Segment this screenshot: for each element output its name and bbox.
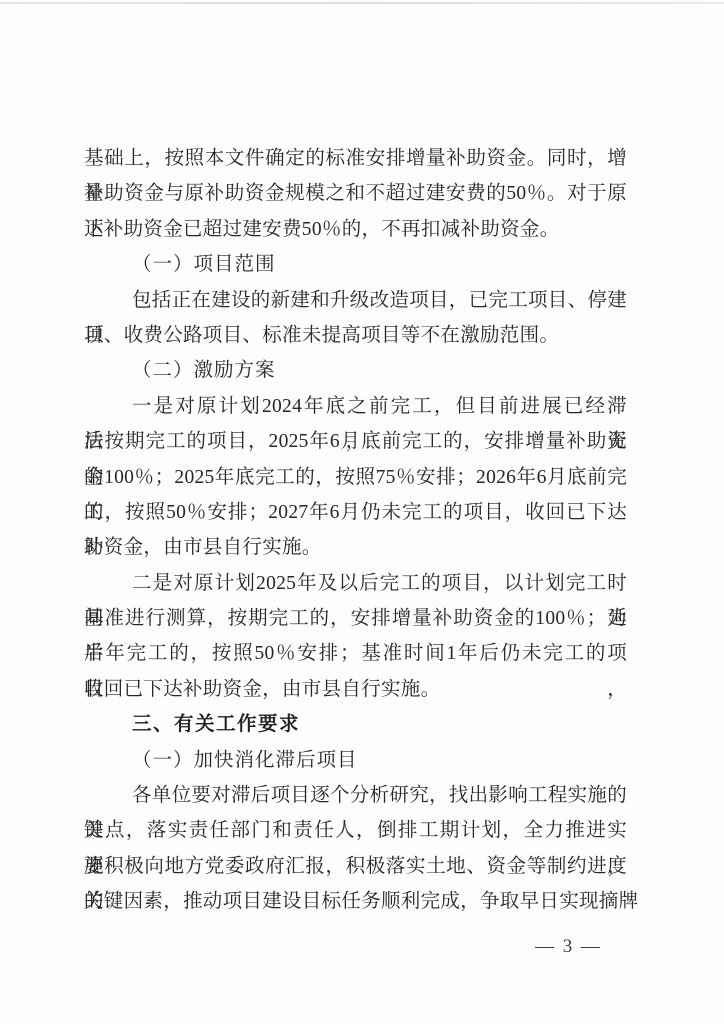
scan-edge-artifact (0, 2, 724, 4)
text-line: 一是对原计划2024年底之前完工，但目前进展已经滞后，无 (84, 389, 627, 424)
subheading-project-scope: （一）项目范围 (84, 247, 627, 282)
subheading-accelerate-delayed-projects: （一）加快消化滞后项目 (84, 743, 627, 778)
text-line: 要积极向地方党委政府汇报，积极落实土地、资金等制约进度的 (84, 849, 627, 884)
text-line: 的100％；2025年底完工的，按照75％安排；2026年6月底前完工 (84, 460, 627, 495)
text-line: 半年完工的，按照50％安排；基准时间1年后仍未完工的项目， (84, 636, 627, 671)
text-line: 键点，落实责任部门和责任人，倒排工期计划，全力推进实施， (84, 813, 627, 848)
text-line: 达补助资金已超过建安费50％的，不再扣减补助资金。 (84, 212, 627, 247)
text-line: 目、收费公路项目、标准未提高项目等不在激励范围。 (84, 318, 627, 353)
text-line: 基准进行测算，按期完工的，安排增量补助资金的100％；延后 (84, 601, 627, 636)
text-line: 助资金，由市县自行实施。 (84, 530, 627, 565)
text-line: 的，按照50％安排；2027年6月仍未完工的项目，收回已下达补 (84, 495, 627, 530)
section-heading-work-requirements: 三、有关工作要求 (84, 707, 627, 742)
text-line: 二是对原计划2025年及以后完工的项目，以计划完工时间为 (84, 566, 627, 601)
text-line: 基础上，按照本文件确定的标准安排增量补助资金。同时，增量 (84, 141, 627, 176)
text-line: 补助资金与原补助资金规模之和不超过建安费的50％。对于原下 (84, 176, 627, 211)
document-body: 基础上，按照本文件确定的标准安排增量补助资金。同时，增量 补助资金与原补助资金规… (84, 141, 627, 920)
page-number: — 3 — (535, 932, 602, 962)
text-line: 包括正在建设的新建和升级改造项目，已完工项目、停建项 (84, 283, 627, 318)
text-line: 关键因素，推动项目建设目标任务顺利完成，争取早日实现摘牌 (84, 884, 627, 919)
scanned-document-page: 基础上，按照本文件确定的标准安排增量补助资金。同时，增量 补助资金与原补助资金规… (0, 0, 724, 1024)
text-line: 法按期完工的项目，2025年6月底前完工的，安排增量补助资金 (84, 424, 627, 459)
subheading-incentive-plan: （二）激励方案 (84, 353, 627, 388)
text-line: 各单位要对滞后项目逐个分析研究，找出影响工程实施的关 (84, 778, 627, 813)
